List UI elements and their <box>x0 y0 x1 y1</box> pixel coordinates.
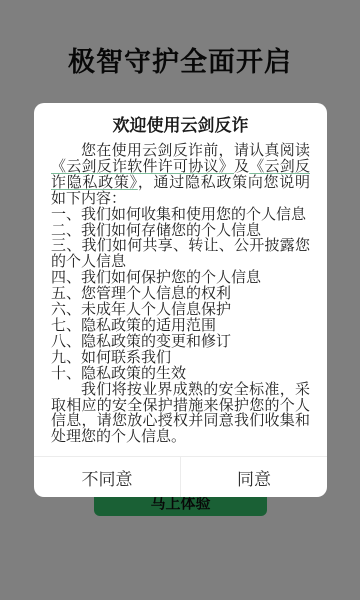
toc-item: 七、隐私政策的适用范围 <box>51 318 310 334</box>
toc-item: 九、如何联系我们 <box>51 350 310 366</box>
toc-item: 六、未成年人个人信息保护 <box>51 302 310 318</box>
toc-item: 五、您管理个人信息的权利 <box>51 286 310 302</box>
dialog-body: 您在使用云剑反诈前，请认真阅读《云剑反诈软件许可协议》及《云剑反诈隐私政策》，通… <box>51 143 310 445</box>
toc-list: 一、我们如何收集和使用您的个人信息二、我们如何存储您的个人信息三、我们如何共享、… <box>51 207 310 382</box>
license-agreement-link[interactable]: 《云剑反诈软件许可协议》 <box>51 158 234 175</box>
toc-item: 四、我们如何保护您的个人信息 <box>51 270 310 286</box>
app-screen: 极智守护全面开启 马上体验 欢迎使用云剑反诈 您在使用云剑反诈前，请认真阅读《云… <box>0 0 360 600</box>
agree-button[interactable]: 同意 <box>181 457 327 497</box>
dialog-title: 欢迎使用云剑反诈 <box>34 103 327 137</box>
toc-item: 八、隐私政策的变更和修订 <box>51 334 310 350</box>
toc-item: 二、我们如何存储您的个人信息 <box>51 223 310 239</box>
toc-item: 一、我们如何收集和使用您的个人信息 <box>51 207 310 223</box>
privacy-dialog: 欢迎使用云剑反诈 您在使用云剑反诈前，请认真阅读《云剑反诈软件许可协议》及《云剑… <box>34 103 327 497</box>
toc-item: 三、我们如何共享、转让、公开披露您的个人信息 <box>51 238 310 270</box>
intro-paragraph: 您在使用云剑反诈前，请认真阅读《云剑反诈软件许可协议》及《云剑反诈隐私政策》，通… <box>51 143 310 207</box>
dialog-button-bar: 不同意 同意 <box>34 456 327 497</box>
disagree-button[interactable]: 不同意 <box>34 457 180 497</box>
toc-item: 十、隐私政策的生效 <box>51 366 310 382</box>
intro-lead-text: 您在使用云剑反诈前，请认真阅读 <box>81 142 310 159</box>
closing-paragraph: 我们将按业界成熟的安全标准，采取相应的安全保护措施来保护您的个人信息，请您放心授… <box>51 382 310 446</box>
intro-conjunction-text: 及 <box>234 158 249 175</box>
